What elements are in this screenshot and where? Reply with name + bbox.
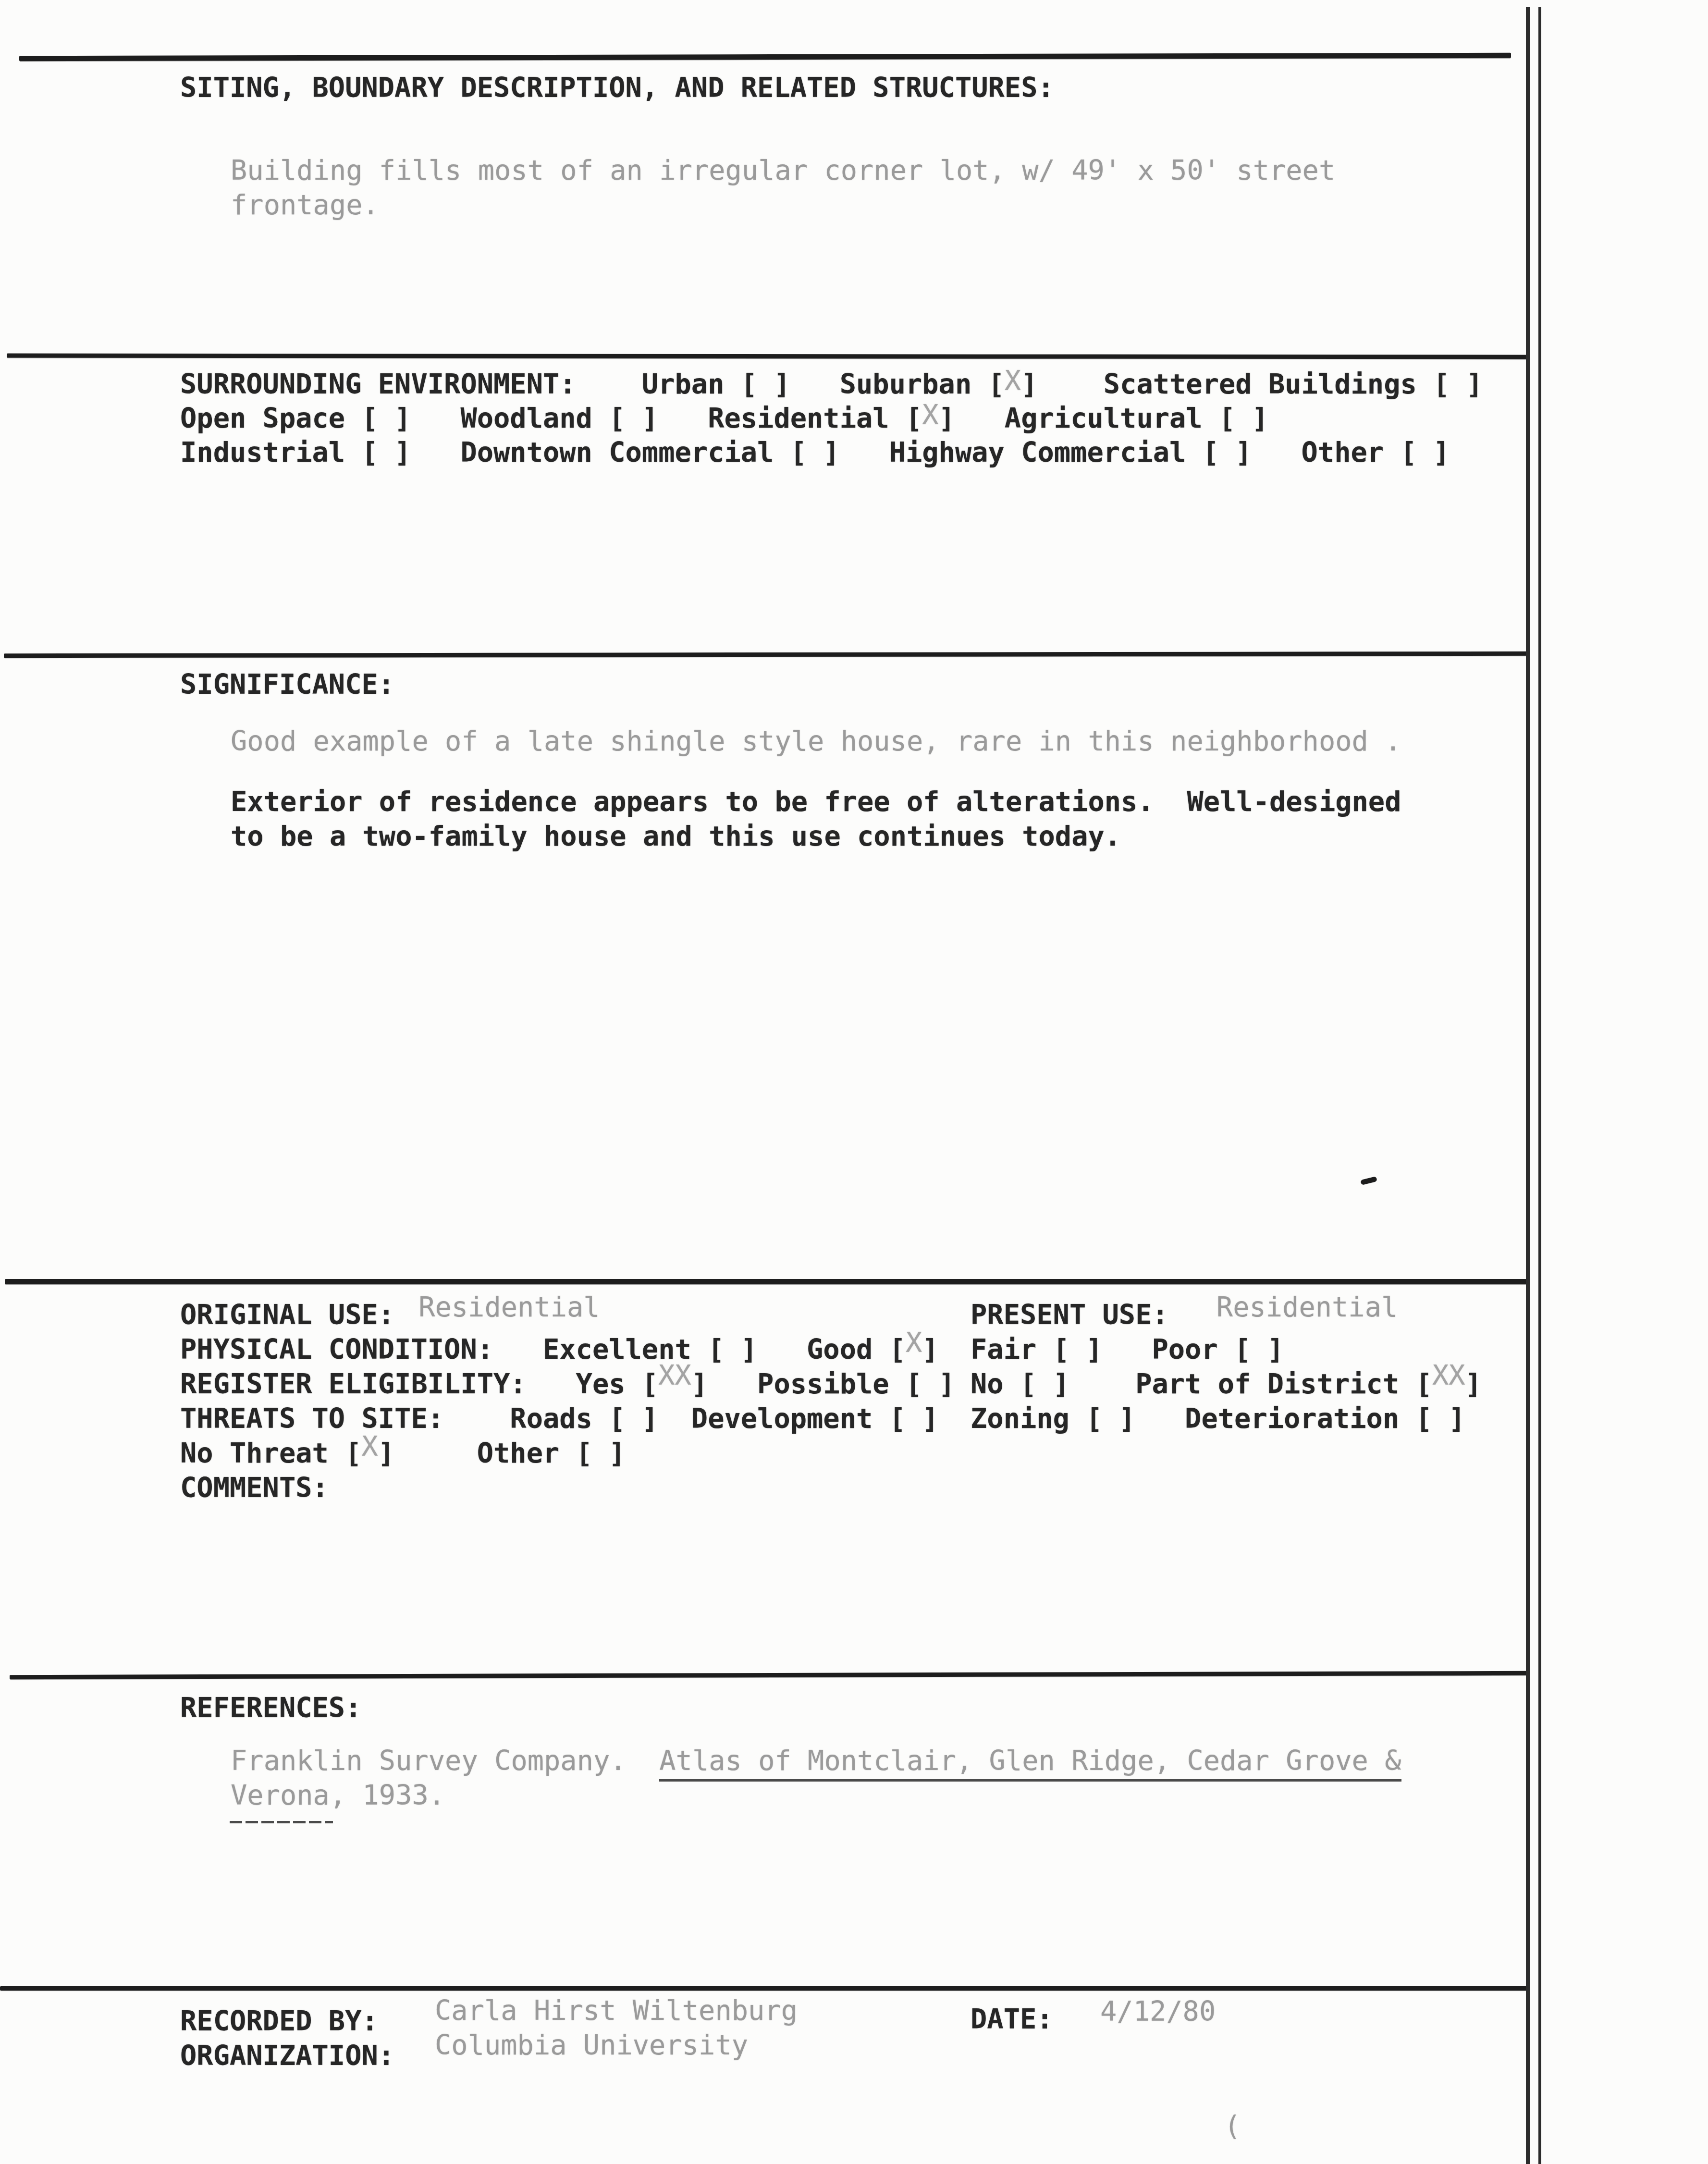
date-value: 4/12/80 (1100, 1995, 1216, 2029)
environment-line-3: Industrial [ ] Downtown Commercial [ ] H… (180, 436, 1450, 469)
environment-line-2-text: Open Space [ ] Woodland [ ] Residential … (180, 403, 922, 434)
recorded-by-value: Carla Hirst Wiltenburg (435, 1994, 798, 2028)
original-use-label: ORIGINAL USE: (180, 1299, 394, 1331)
siting-body-line-1: Building fills most of an irregular corn… (231, 154, 1335, 187)
divider-use (5, 1279, 1527, 1284)
date-label: DATE: (971, 2003, 1053, 2036)
physical-condition-text: PHYSICAL CONDITION: Excellent [ ] Good [ (180, 1334, 906, 1365)
present-use-row: PRESENT USE:Residential (971, 1298, 1398, 1332)
no-threat-rest: ] Other [ ] (378, 1438, 626, 1469)
environment-line-1-rest: ] Scattered Buildings [ ] (1021, 369, 1483, 400)
divider-references (10, 1671, 1527, 1679)
reference-author: Franklin Survey Company. (231, 1745, 659, 1777)
suburban-checked-mark: X (1005, 365, 1021, 397)
comments-label: COMMENTS: (180, 1471, 329, 1505)
original-use-value: Residential (418, 1291, 600, 1323)
environment-line-1: SURROUNDING ENVIRONMENT: Urban [ ] Subur… (180, 368, 1483, 401)
no-threat-text: No Threat [ (180, 1438, 362, 1469)
threats-row-right: Zoning [ ] Deterioration [ ] (971, 1402, 1465, 1436)
present-use-value: Residential (1216, 1291, 1398, 1323)
page-edge-line-outer (1538, 7, 1541, 2164)
recorded-by-label: RECORDED BY: (180, 2004, 378, 2038)
page-edge-line-inner (1526, 7, 1530, 2164)
register-eligibility-row-left: REGISTER ELIGIBILITY: Yes [XX] Possible … (180, 1367, 955, 1401)
references-line-1: Franklin Survey Company. Atlas of Montcl… (231, 1744, 1401, 1778)
divider-environment (7, 354, 1527, 359)
environment-line-2: Open Space [ ] Woodland [ ] Residential … (180, 402, 1268, 435)
register-eligibility-text: REGISTER ELIGIBILITY: Yes [ (180, 1368, 658, 1400)
organization-value: Columbia University (435, 2029, 748, 2062)
environment-line-2-rest: ] Agricultural [ ] (939, 403, 1268, 434)
divider-recorded (0, 1986, 1527, 1991)
organization-label: ORGANIZATION: (180, 2039, 394, 2073)
siting-header: SITING, BOUNDARY DESCRIPTION, AND RELATE… (180, 71, 1054, 105)
stray-ink-mark (1360, 1176, 1377, 1185)
part-of-district-rest: ] (1465, 1368, 1482, 1400)
residential-checked-mark: X (922, 399, 938, 431)
references-header: REFERENCES: (180, 1691, 362, 1725)
register-eligibility-rest: ] Possible [ ] (691, 1368, 955, 1400)
present-use-label: PRESENT USE: (971, 1299, 1168, 1331)
threats-row-left: THREATS TO SITE: Roads [ ] Development [… (180, 1402, 939, 1436)
original-use-row: ORIGINAL USE:Residential (180, 1298, 600, 1332)
part-of-district-checked-mark: XX (1432, 1360, 1465, 1391)
yes-checked-mark: XX (658, 1360, 691, 1391)
siting-body-line-2: frontage. (231, 188, 379, 222)
reference-title-underlined: Atlas of Montclair, Glen Ridge, Cedar Gr… (659, 1745, 1401, 1782)
physical-condition-rest: ] (922, 1334, 938, 1365)
environment-line-1-text: SURROUNDING ENVIRONMENT: Urban [ ] Subur… (180, 369, 1005, 400)
significance-line-3: to be a two-family house and this use co… (231, 820, 1121, 853)
stray-mark: ( (1224, 2109, 1241, 2143)
no-threat-checked-mark: X (362, 1431, 378, 1463)
significance-line-2: Exterior of residence appears to be free… (231, 785, 1401, 819)
significance-header: SIGNIFICANCE: (180, 668, 394, 701)
register-eligibility-row-right: No [ ] Part of District [XX] (971, 1367, 1482, 1401)
no-threat-row: No Threat [X] Other [ ] (180, 1437, 626, 1470)
physical-condition-row-right: Fair [ ] Poor [ ] (971, 1333, 1284, 1366)
divider-top (19, 53, 1511, 61)
survey-form-page: SITING, BOUNDARY DESCRIPTION, AND RELATE… (0, 0, 1708, 2164)
divider-significance (4, 652, 1527, 658)
physical-condition-row-left: PHYSICAL CONDITION: Excellent [ ] Good [… (180, 1333, 939, 1366)
verona-underline (230, 1821, 333, 1823)
references-line-2: Verona, 1933. (231, 1779, 445, 1812)
good-checked-mark: X (906, 1327, 922, 1359)
part-of-district-text: No [ ] Part of District [ (971, 1368, 1432, 1400)
significance-line-1: Good example of a late shingle style hou… (231, 725, 1401, 758)
